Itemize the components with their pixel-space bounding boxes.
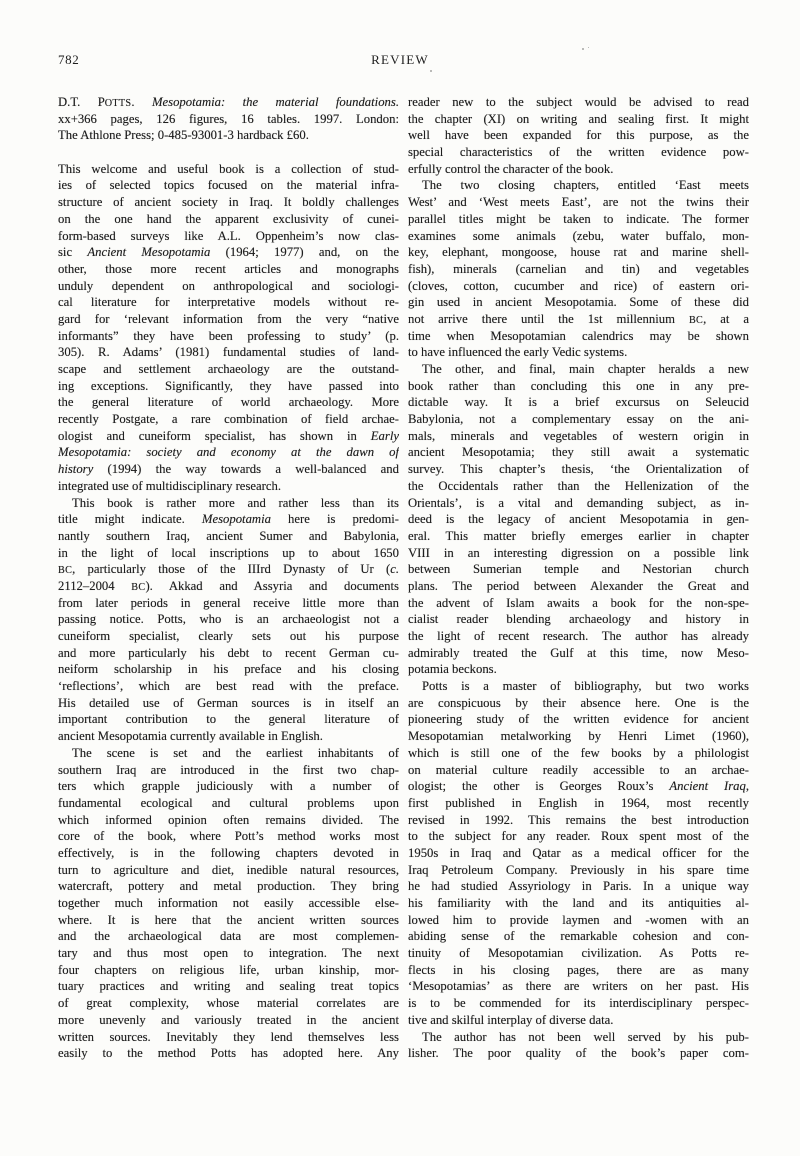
text-line: tary and thus most open to integration. … <box>58 945 399 962</box>
text-line: Mesopotamian metalworking by Henri Limet… <box>408 728 749 745</box>
text-line: fish), minerals (carnelian and tin) and … <box>408 261 749 278</box>
text-line: key, elephant, mongoose, house rat and m… <box>408 244 749 261</box>
text-line: the chapter (XI) on writing and sealing … <box>408 111 749 128</box>
text-line: which informed opinion often remains div… <box>58 812 399 829</box>
text-line: tuary practices and writing and sealing … <box>58 978 399 995</box>
text-line: The two closing chapters, entitled ‘East… <box>408 177 749 194</box>
text-line: pioneering study of the written evidence… <box>408 711 749 728</box>
text-line: ies of selected topics focused on the ma… <box>58 177 399 194</box>
running-head: 782 REVIEW <box>0 52 800 70</box>
text-line: first published in English in 1964, most… <box>408 795 749 812</box>
text-line: ancient Mesopotamia; they still await a … <box>408 444 749 461</box>
text-line: passing notice. Potts, who is an archaeo… <box>58 611 399 628</box>
paragraph: The scene is set and the earliest inhabi… <box>58 745 399 1062</box>
column-right: reader new to the subject would be advis… <box>408 94 749 1062</box>
text-line: ‘reflections’, which are best read with … <box>58 678 399 695</box>
text-line: the advent of Islam awaits a book for th… <box>408 595 749 612</box>
text-line: integrated use of multidisciplinary rese… <box>58 478 399 495</box>
column-left: D.T. POTTS. Mesopotamia: the material fo… <box>58 94 399 1062</box>
book-citation: D.T. POTTS. Mesopotamia: the material fo… <box>58 94 399 144</box>
text-line: in the light of local inscriptions up to… <box>58 545 399 562</box>
text-line: special characteristics of the written e… <box>408 144 749 161</box>
text-line: ing exceptions. Significantly, they have… <box>58 378 399 395</box>
text-line: Orientals’, is a vital and demanding sub… <box>408 495 749 512</box>
text-line: nantly southern Iraq, ancient Sumer and … <box>58 528 399 545</box>
paragraph: The author has not been well served by h… <box>408 1029 749 1062</box>
paragraph: This book is rather more and rather less… <box>58 495 399 745</box>
text-line: other, those more recent articles and mo… <box>58 261 399 278</box>
text-line: 1950s in Iraq and Qatar as a medical off… <box>408 845 749 862</box>
paragraph: reader new to the subject would be advis… <box>408 94 749 177</box>
text-line: dictable way. It is a brief excursus on … <box>408 394 749 411</box>
text-line: recently Postgate, a rare combination of… <box>58 411 399 428</box>
text-line: The other, and final, main chapter heral… <box>408 361 749 378</box>
text-line: from later periods in general receive li… <box>58 595 399 612</box>
text-line: written sources. Inevitably they lend th… <box>58 1029 399 1046</box>
text-line: where. It is here that the ancient writt… <box>58 912 399 929</box>
text-line: is to be commended for its interdiscipli… <box>408 995 749 1012</box>
text-line: Mesopotamia: society and economy at the … <box>58 444 399 461</box>
text-line: he had studied Assyriology in Paris. In … <box>408 878 749 895</box>
text-line: cuneiform specialist, clearly sets out h… <box>58 628 399 645</box>
text-line: southern Iraq are introduced in the firs… <box>58 762 399 779</box>
text-line: 305). R. Adams’ (1981) fundamental studi… <box>58 344 399 361</box>
text-line: BC, particularly those of the IIIrd Dyna… <box>58 561 399 578</box>
text-line: revised in 1992. This remains the best i… <box>408 812 749 829</box>
text-line: This book is rather more and rather less… <box>58 495 399 512</box>
text-line: tinuity of Mesopotamian civilization. As… <box>408 945 749 962</box>
text-line: informants” they have been professing to… <box>58 328 399 345</box>
text-line: cialist reader blending archaeology and … <box>408 611 749 628</box>
text-line: and more particularly his debt to recent… <box>58 645 399 662</box>
text-line: parallel titles might be taken to indica… <box>408 211 749 228</box>
paragraph: This welcome and useful book is a collec… <box>58 161 399 495</box>
text-line: His detailed use of German sources is in… <box>58 695 399 712</box>
text-line: structure of ancient society in Iraq. It… <box>58 194 399 211</box>
scan-artifact <box>430 70 432 72</box>
text-line: gin used in ancient Mesopotamia. Some of… <box>408 294 749 311</box>
text-line: mals, minerals and vegetables of western… <box>408 428 749 445</box>
running-title: REVIEW <box>0 52 800 68</box>
text-line: ologist and cuneiform specialist, has sh… <box>58 428 399 445</box>
text-line: lowed him to provide laymen and -women w… <box>408 912 749 929</box>
text-line: The author has not been well served by h… <box>408 1029 749 1046</box>
text-line: important contribution to the general li… <box>58 711 399 728</box>
text-line: effectively, is in the following chapter… <box>58 845 399 862</box>
text-line: deed is the legacy of ancient Mesopotami… <box>408 511 749 528</box>
text-line: turn to agriculture and diet, inedible n… <box>58 862 399 879</box>
text-line: This welcome and useful book is a collec… <box>58 161 399 178</box>
text-line: and the archaeological data are most com… <box>58 928 399 945</box>
text-line: gard for ‘relevant information from the … <box>58 311 399 328</box>
text-line: 2112–2004 BC). Akkad and Assyria and doc… <box>58 578 399 595</box>
text-line: eral. This matter briefly emerges earlie… <box>408 528 749 545</box>
text-line: neiform scholarship in his preface and h… <box>58 661 399 678</box>
text-line: time when Mesopotamian calendrics may be… <box>408 328 749 345</box>
text-line: book rather than concluding this one in … <box>408 378 749 395</box>
text-line: abiding sense of the remarkable cohesion… <box>408 928 749 945</box>
text-line: flects in his closing pages, there are a… <box>408 962 749 979</box>
text-line: The Athlone Press; 0-485-93001-3 hardbac… <box>58 127 399 144</box>
paragraph: Potts is a master of bibliography, but t… <box>408 678 749 1028</box>
paragraph: The two closing chapters, entitled ‘East… <box>408 177 749 361</box>
text-line: Babylonia, not a complementary essay on … <box>408 411 749 428</box>
text-line: not arrive there until the 1st millenniu… <box>408 311 749 328</box>
text-line: ologist; the other is Georges Roux’s Anc… <box>408 778 749 795</box>
text-line: potamia beckons. <box>408 661 749 678</box>
text-line: of great complexity, whose material corr… <box>58 995 399 1012</box>
text-line: ancient Mesopotamia currently available … <box>58 728 399 745</box>
text-line: Iraq Petroleum Company. Previously in hi… <box>408 862 749 879</box>
text-line: between Sumerian temple and Nestorian ch… <box>408 561 749 578</box>
text-line: xx+366 pages, 126 figures, 16 tables. 19… <box>58 111 399 128</box>
text-line: lisher. The poor quality of the book’s p… <box>408 1045 749 1062</box>
text-line: survey. This chapter’s thesis, ‘the Orie… <box>408 461 749 478</box>
text-line: West’ and ‘West meets East’, are not the… <box>408 194 749 211</box>
scan-artifact <box>588 47 589 48</box>
text-line: his familiarity with the land and its an… <box>408 895 749 912</box>
text-line: history (1994) the way towards a well-ba… <box>58 461 399 478</box>
text-line: (cloves, cotton, cucumber and rice) of e… <box>408 278 749 295</box>
text-line: D.T. POTTS. Mesopotamia: the material fo… <box>58 94 399 111</box>
text-line: form-based surveys like A.L. Oppenheim’s… <box>58 228 399 245</box>
text-line: together much information not easily acc… <box>58 895 399 912</box>
text-line: ters which grapple judiciously with a nu… <box>58 778 399 795</box>
two-column-body: D.T. POTTS. Mesopotamia: the material fo… <box>58 94 749 1062</box>
text-line: reader new to the subject would be advis… <box>408 94 749 111</box>
text-line: cal literature for interpretative models… <box>58 294 399 311</box>
scan-artifact <box>582 48 584 50</box>
text-line: VIII in an interesting digression on a p… <box>408 545 749 562</box>
text-line: the general literature of world archaeol… <box>58 394 399 411</box>
text-line: examines some animals (zebu, water buffa… <box>408 228 749 245</box>
paragraph: The other, and final, main chapter heral… <box>408 361 749 678</box>
text-line: the Occidentals rather than the Helleniz… <box>408 478 749 495</box>
text-line: well have been expanded for this purpose… <box>408 127 749 144</box>
text-line: scape and settlement archaeology are the… <box>58 361 399 378</box>
text-line: ‘Mesopotamias’ as there are writers on h… <box>408 978 749 995</box>
text-line: the light of recent research. The author… <box>408 628 749 645</box>
text-line: on the one hand the apparent exclusivity… <box>58 211 399 228</box>
text-line: four chapters on religious life, urban k… <box>58 962 399 979</box>
text-line: core of the book, where Pott’s method wo… <box>58 828 399 845</box>
text-line: Potts is a master of bibliography, but t… <box>408 678 749 695</box>
text-line: erfully control the character of the boo… <box>408 161 749 178</box>
text-line: plans. The period between Alexander the … <box>408 578 749 595</box>
text-line: easily to the method Potts has adopted h… <box>58 1045 399 1062</box>
journal-page: 782 REVIEW D.T. POTTS. Mesopotamia: the … <box>0 0 800 1156</box>
text-line: title might indicate. Mesopotamia here i… <box>58 511 399 528</box>
text-line: on material culture readily accessible t… <box>408 762 749 779</box>
text-line: sic Ancient Mesopotamia (1964; 1977) and… <box>58 244 399 261</box>
text-line: tive and skilful interplay of diverse da… <box>408 1012 749 1029</box>
text-line: fundamental ecological and cultural prob… <box>58 795 399 812</box>
text-line: watercraft, pottery and metal production… <box>58 878 399 895</box>
text-line: to the subject for any reader. Roux spen… <box>408 828 749 845</box>
text-line: are conspicuous by their absence here. O… <box>408 695 749 712</box>
text-line: unduly dependent on anthropological and … <box>58 278 399 295</box>
text-line: The scene is set and the earliest inhabi… <box>58 745 399 762</box>
text-line: admirably treated the Gulf at this time,… <box>408 645 749 662</box>
text-line: which is still one of the few books by a… <box>408 745 749 762</box>
text-line: more unevenly and variously treated in t… <box>58 1012 399 1029</box>
text-line: to have influenced the early Vedic syste… <box>408 344 749 361</box>
